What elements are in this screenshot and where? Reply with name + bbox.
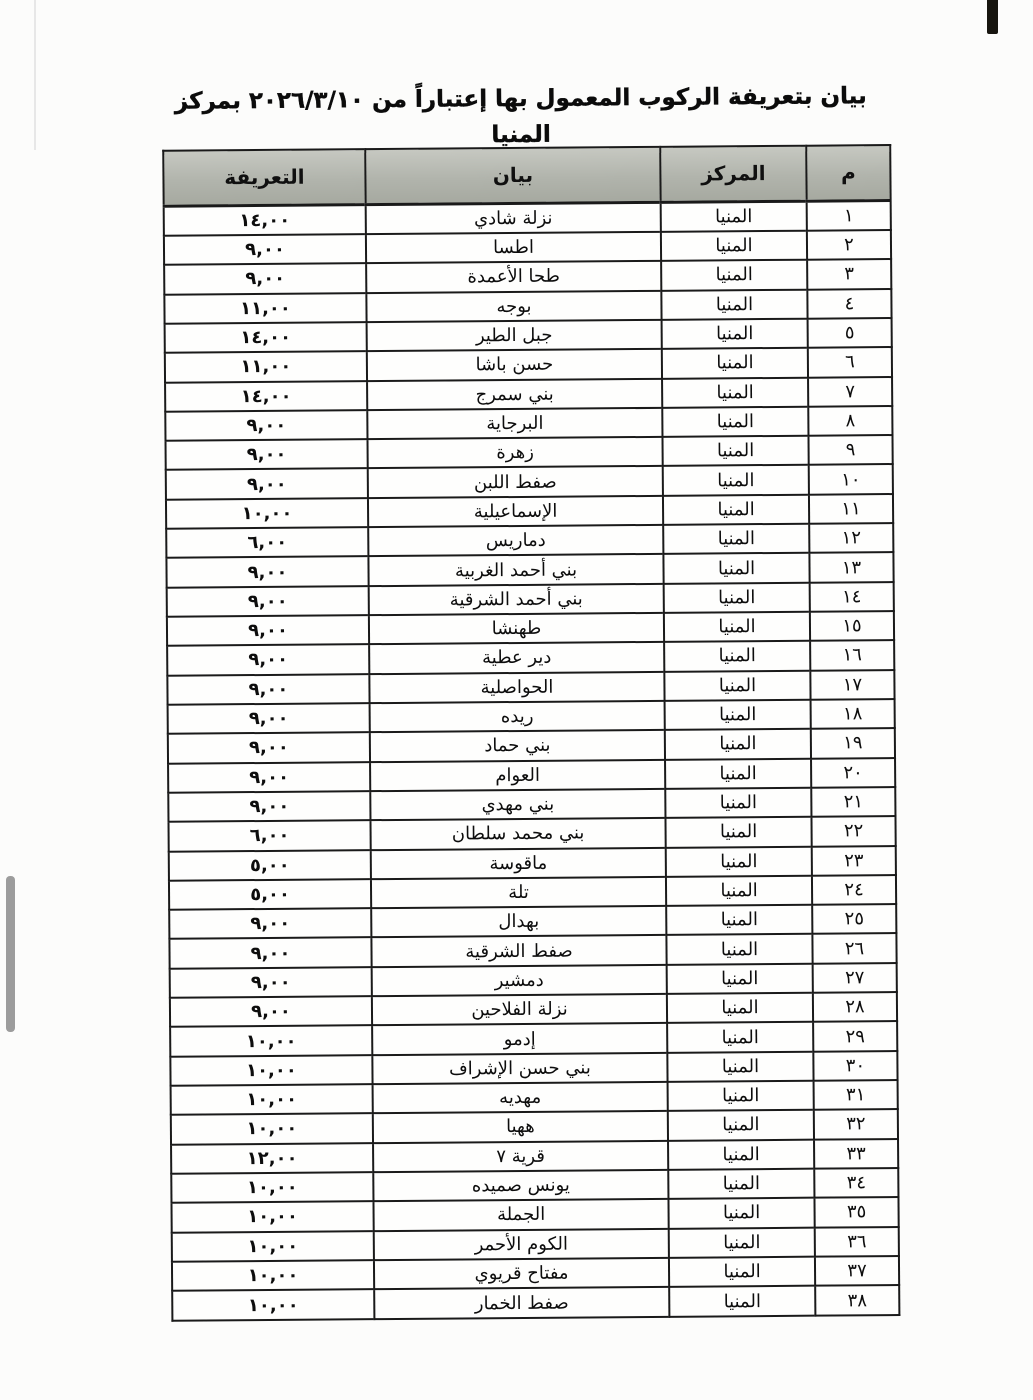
center-name: المنيا [668, 1198, 814, 1228]
table-row: ٣٨ المنيا صفط الخمار ١٠,٠٠ [172, 1285, 899, 1321]
center-name: المنيا [661, 231, 807, 261]
row-number: ٢٦ [812, 933, 896, 963]
center-name: المنيا [665, 817, 811, 847]
village-name: الإسماعيلية [368, 496, 663, 528]
row-number: ١٩ [811, 728, 895, 758]
center-name: المنيا [666, 905, 812, 935]
row-number: ١٥ [810, 611, 894, 641]
tariff-value: ١٠,٠٠ [172, 1289, 374, 1320]
tariff-value: ١٤,٠٠ [165, 381, 367, 412]
village-name: قرية ٧ [373, 1140, 668, 1172]
scan-skew-wrapper: بيان بتعريفة الركوب المعمول بها إعتباراً… [0, 0, 1033, 1400]
center-name: المنيا [664, 670, 810, 700]
center-name: المنيا [669, 1227, 815, 1257]
tariff-value: ٩,٠٠ [166, 469, 368, 500]
tariff-value: ٩,٠٠ [166, 557, 368, 588]
row-number: ٣٨ [815, 1285, 899, 1315]
center-name: المنيا [668, 1110, 814, 1140]
tariff-value: ١٢,٠٠ [171, 1143, 373, 1174]
tariff-value: ٥,٠٠ [169, 850, 371, 881]
row-number: ٧ [808, 377, 892, 407]
scan-artifact-edge-line [34, 0, 36, 150]
row-number: ١٦ [810, 640, 894, 670]
center-name: المنيا [665, 729, 811, 759]
row-number: ٢٧ [813, 963, 897, 993]
center-name: المنيا [661, 201, 807, 232]
center-name: المنيا [662, 407, 808, 437]
village-name: مفتاح قريوي [374, 1258, 669, 1290]
center-name: المنيا [668, 1169, 814, 1199]
center-name: المنيا [663, 524, 809, 554]
tariff-value: ٩,٠٠ [167, 586, 369, 617]
row-number: ٣٥ [814, 1197, 898, 1227]
village-name: البرجاية [367, 408, 662, 440]
village-name: بني أحمد الغربية [368, 554, 663, 586]
village-name: بني حسن الإشراف [372, 1053, 667, 1085]
scanned-document-page: بيان بتعريفة الركوب المعمول بها إعتباراً… [0, 0, 1033, 1400]
tariff-value: ١٤,٠٠ [165, 322, 367, 353]
village-name: دير عطية [369, 642, 664, 674]
center-name: المنيا [667, 963, 813, 993]
tariff-value: ١٠,٠٠ [166, 498, 368, 529]
village-name: نزلة شادي [366, 202, 661, 234]
row-number: ٣٢ [814, 1109, 898, 1139]
village-name: صفط اللبن [368, 466, 663, 498]
row-number: ٢٠ [811, 758, 895, 788]
village-name: طهنشا [369, 613, 664, 645]
village-name: بني أحمد الشرقية [369, 584, 664, 616]
center-name: المنيا [661, 260, 807, 290]
row-number: ٨ [808, 406, 892, 436]
village-name: صفط الخمار [374, 1287, 669, 1319]
tariff-value: ١٠,٠٠ [172, 1231, 374, 1262]
center-name: المنيا [667, 993, 813, 1023]
row-number: ١٨ [811, 699, 895, 729]
row-number: ٢٣ [812, 846, 896, 876]
center-name: المنيا [666, 876, 812, 906]
tariff-value: ٩,٠٠ [168, 703, 370, 734]
village-name: بهدال [371, 906, 666, 938]
tariff-value: ٦,٠٠ [166, 527, 368, 558]
center-name: المنيا [665, 788, 811, 818]
village-name: دمشير [372, 965, 667, 997]
center-name: المنيا [664, 612, 810, 642]
row-number: ٢٨ [813, 992, 897, 1022]
tariff-value: ١٠,٠٠ [171, 1172, 373, 1203]
village-name: مهديه [373, 1082, 668, 1114]
center-name: المنيا [668, 1081, 814, 1111]
tariff-value: ٩,٠٠ [164, 234, 366, 265]
tariff-value: ١١,٠٠ [165, 351, 367, 382]
village-name: الحواصلية [369, 671, 664, 703]
village-name: الجملة [373, 1199, 668, 1231]
table-body: ١ المنيا نزلة شادي ١٤,٠٠ ٢ المنيا اطسا ٩… [164, 200, 900, 1321]
row-number: ٣٣ [814, 1139, 898, 1169]
tariff-value: ٩,٠٠ [168, 762, 370, 793]
center-name: المنيا [665, 758, 811, 788]
tariff-value: ١٠,٠٠ [171, 1201, 373, 1232]
village-name: ماقوسة [371, 847, 666, 879]
tariff-value: ٩,٠٠ [167, 674, 369, 705]
row-number: ٢ [807, 230, 891, 260]
village-name: زهرة [367, 437, 662, 469]
column-header-center: المركز [660, 146, 806, 202]
tariff-value: ١٠,٠٠ [170, 1055, 372, 1086]
tariff-value: ٩,٠٠ [168, 732, 370, 763]
tariff-value: ٥,٠٠ [169, 879, 371, 910]
row-number: ٢٤ [812, 875, 896, 905]
center-name: المنيا [663, 553, 809, 583]
center-name: المنيا [662, 319, 808, 349]
tariff-value: ٩,٠٠ [169, 908, 371, 939]
village-name: تلة [371, 877, 666, 909]
center-name: المنيا [664, 641, 810, 671]
tariff-value: ٩,٠٠ [168, 791, 370, 822]
center-name: المنيا [666, 934, 812, 964]
tariff-value: ٩,٠٠ [170, 996, 372, 1027]
row-number: ١٤ [810, 582, 894, 612]
village-name: يونس صميده [373, 1170, 668, 1202]
village-name: صفط الشرقية [371, 935, 666, 967]
village-name: دماريس [368, 525, 663, 557]
village-name: نزلة الفلاحين [372, 994, 667, 1026]
tariff-value: ١١,٠٠ [164, 293, 366, 324]
center-name: المنيا [669, 1286, 815, 1317]
village-name: الكوم الأحمر [374, 1228, 669, 1260]
row-number: ٦ [808, 347, 892, 377]
center-name: المنيا [667, 1022, 813, 1052]
tariff-value: ٦,٠٠ [168, 820, 370, 851]
row-number: ١٧ [810, 670, 894, 700]
center-name: المنيا [666, 846, 812, 876]
row-number: ٣٤ [814, 1168, 898, 1198]
village-name: اطسا [366, 232, 661, 264]
village-name: بني مهدي [370, 789, 665, 821]
center-name: المنيا [662, 348, 808, 378]
tariff-value: ١٠,٠٠ [171, 1084, 373, 1115]
village-name: ههيا [373, 1111, 668, 1143]
center-name: المنيا [661, 289, 807, 319]
tariff-value: ١٠,٠٠ [171, 1113, 373, 1144]
row-number: ٢٢ [811, 816, 895, 846]
tariff-value: ١٤,٠٠ [164, 204, 366, 236]
center-name: المنيا [663, 494, 809, 524]
row-number: ٥ [808, 318, 892, 348]
tariff-value: ٩,٠٠ [169, 938, 371, 969]
tariff-value: ١٠,٠٠ [170, 1026, 372, 1057]
row-number: ٢١ [811, 787, 895, 817]
center-name: المنيا [665, 700, 811, 730]
center-name: المنيا [662, 377, 808, 407]
village-name: بوجه [366, 290, 661, 322]
row-number: ٣٧ [815, 1256, 899, 1286]
tariff-value: ٩,٠٠ [167, 644, 369, 675]
row-number: ١٣ [809, 552, 893, 582]
center-name: المنيا [662, 436, 808, 466]
tariff-value: ٩,٠٠ [167, 615, 369, 646]
village-name: بني حماد [370, 730, 665, 762]
center-name: المنيا [669, 1257, 815, 1287]
row-number: ٣٦ [815, 1227, 899, 1257]
row-number: ١٠ [809, 464, 893, 494]
tariff-value: ٩,٠٠ [164, 263, 366, 294]
center-name: المنيا [667, 1051, 813, 1081]
tariff-value: ١٠,٠٠ [172, 1260, 374, 1291]
row-number: ١ [807, 200, 891, 231]
row-number: ٣١ [814, 1080, 898, 1110]
center-name: المنيا [668, 1139, 814, 1169]
row-number: ٤ [807, 289, 891, 319]
village-name: ريده [370, 701, 665, 733]
column-header-index: م [806, 145, 890, 201]
village-name: إدمو [372, 1023, 667, 1055]
center-name: المنيا [664, 582, 810, 612]
row-number: ٢٩ [813, 1021, 897, 1051]
tariff-value: ٩,٠٠ [166, 439, 368, 470]
row-number: ٣٠ [813, 1051, 897, 1081]
village-name: بني سمرج [367, 378, 662, 410]
row-number: ٣ [807, 259, 891, 289]
row-number: ١٢ [809, 523, 893, 553]
village-name: حسن باشا [367, 349, 662, 381]
village-name: العوام [370, 759, 665, 791]
village-name: جبل الطير [367, 320, 662, 352]
row-number: ٢٥ [812, 904, 896, 934]
table-header-row: م المركز بيان التعريفة [163, 145, 890, 206]
village-name: طحا الأعمدة [366, 261, 661, 293]
center-name: المنيا [663, 465, 809, 495]
tariff-table: م المركز بيان التعريفة ١ المنيا نزلة شاد… [162, 144, 900, 1322]
column-header-statement: بيان [365, 147, 660, 204]
column-header-tariff: التعريفة [163, 149, 365, 206]
scan-artifact-left-bar [6, 876, 15, 1032]
row-number: ٩ [808, 435, 892, 465]
tariff-value: ٩,٠٠ [165, 410, 367, 441]
village-name: بني محمد سلطان [370, 818, 665, 850]
tariff-value: ٩,٠٠ [170, 967, 372, 998]
row-number: ١١ [809, 494, 893, 524]
scan-artifact-top-right [987, 0, 998, 34]
